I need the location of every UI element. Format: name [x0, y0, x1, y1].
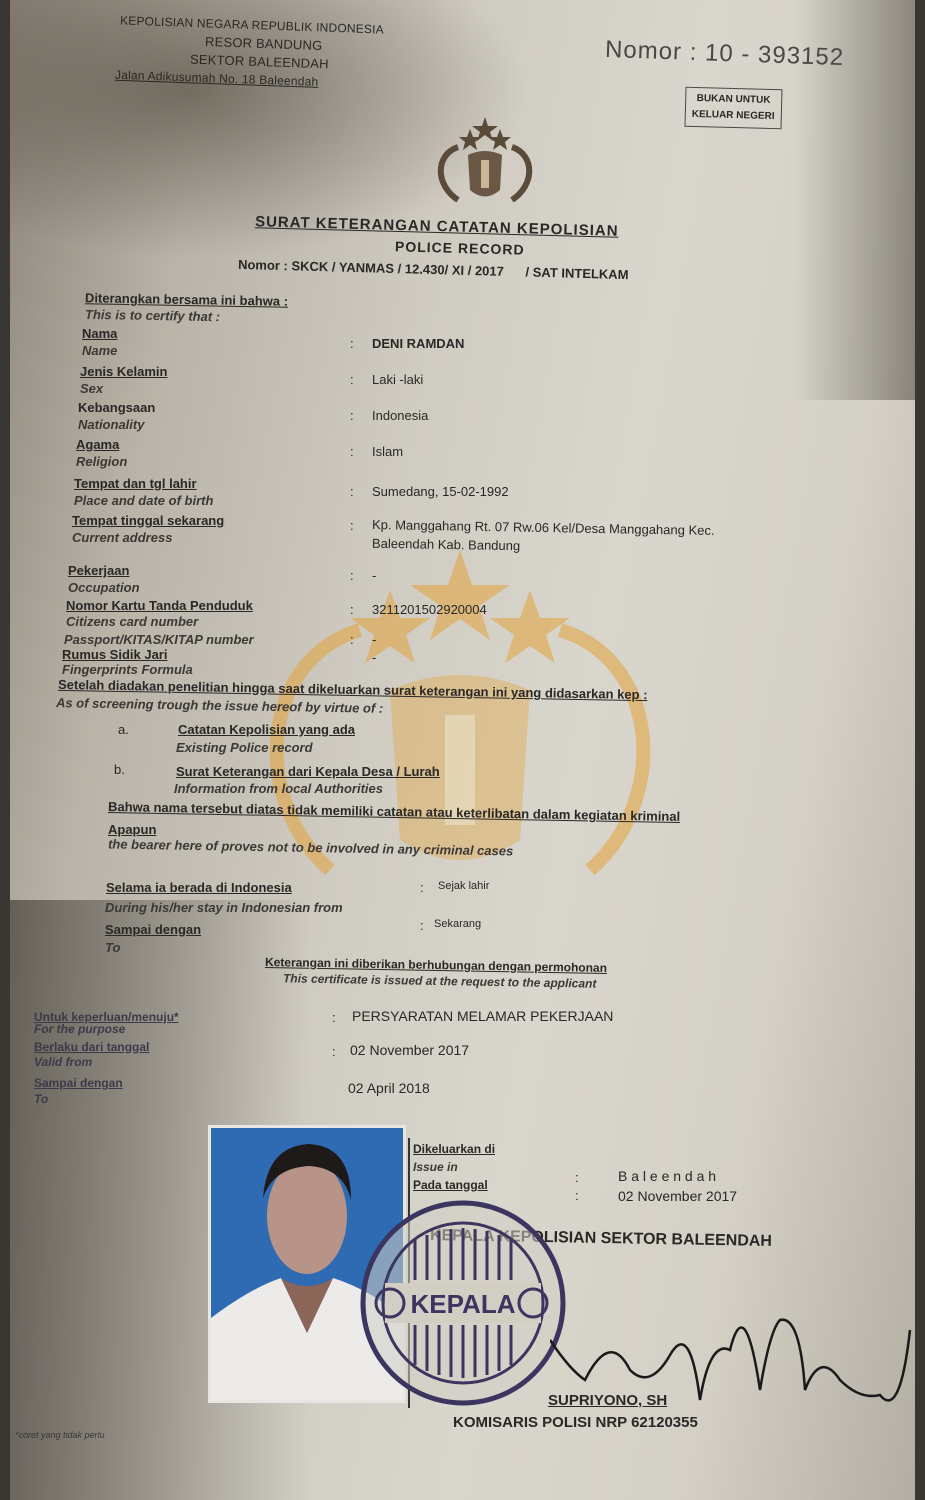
- signature: [550, 1310, 925, 1430]
- screening-item-b-id: Surat Keterangan dari Kepala Desa / Lura…: [176, 764, 440, 779]
- issued-in-id: Dikeluarkan di: [413, 1142, 495, 1156]
- restriction-line2: KELUAR NEGERI: [692, 107, 775, 125]
- colon: :: [575, 1170, 579, 1185]
- police-emblem-icon: [430, 115, 540, 210]
- screening-item-a-en: Existing Police record: [176, 740, 313, 755]
- intro-id: Diterangkan bersama ini bahwa :: [85, 290, 288, 309]
- signatory-rank: KOMISARIS POLISI NRP 62120355: [453, 1414, 698, 1431]
- agency-resort: RESOR BANDUNG: [205, 34, 323, 53]
- colon: :: [420, 918, 424, 933]
- screening-item-a-id: Catatan Kepolisian yang ada: [178, 722, 355, 737]
- valid-to-value: 02 April 2018: [348, 1080, 430, 1096]
- signatory-name: SUPRIYONO, SH: [548, 1392, 667, 1409]
- value-nationality: Indonesia: [372, 408, 428, 423]
- stay-to-en: To: [105, 940, 120, 955]
- value-birth: Sumedang, 15-02-1992: [372, 484, 509, 499]
- valid-to-id: Sampai dengan: [34, 1076, 123, 1090]
- issue-date-id: Pada tanggal: [413, 1178, 488, 1192]
- colon: :: [350, 632, 354, 647]
- value-address-line2: Baleendah Kab. Bandung: [372, 536, 520, 554]
- stay-from-en: During his/her stay in Indonesian from: [105, 900, 343, 915]
- colon: :: [332, 1044, 336, 1059]
- stay-to-value: Sekarang: [434, 918, 481, 930]
- footnote: *coret yang tidak perlu: [15, 1430, 105, 1440]
- restriction-box: BUKAN UNTUK KELUAR NEGERI: [684, 87, 782, 130]
- list-marker: a.: [118, 722, 129, 737]
- stay-from-value: Sejak lahir: [438, 880, 489, 892]
- colon: :: [350, 568, 354, 583]
- valid-from-value: 02 November 2017: [350, 1042, 469, 1058]
- value-religion: Islam: [372, 444, 403, 459]
- document-subtitle: POLICE RECORD: [395, 238, 525, 257]
- issue-date-value: 02 November 2017: [618, 1188, 737, 1204]
- intro-en: This is to certify that :: [85, 307, 220, 324]
- colon: :: [350, 518, 354, 533]
- reference-number: Nomor : SKCK / YANMAS / 12.430/ XI / 201…: [238, 257, 629, 282]
- colon: :: [420, 880, 424, 895]
- svg-text:KEPALA: KEPALA: [411, 1289, 516, 1319]
- valid-from-en: Valid from: [34, 1055, 92, 1069]
- agency-sector: SEKTOR BALEENDAH: [190, 52, 329, 72]
- value-name: DENI RAMDAN: [372, 336, 464, 351]
- issued-in-value: B a l e e n d a h: [618, 1168, 716, 1184]
- valid-to-en: To: [34, 1092, 48, 1106]
- stay-from-id: Selama ia berada di Indonesia: [106, 880, 292, 895]
- colon: :: [350, 602, 354, 617]
- purpose-en: For the purpose: [34, 1022, 125, 1036]
- issued-in-en: Issue in: [413, 1160, 458, 1174]
- statement-id-cont: Apapun: [108, 822, 156, 837]
- value-sex: Laki -laki: [372, 372, 423, 387]
- police-record-document: KEPOLISIAN NEGARA REPUBLIK INDONESIA RES…: [10, 0, 915, 1500]
- serial-number: Nomor : 10 - 393152: [605, 36, 845, 72]
- screening-item-b-en: Information from local Authorities: [174, 781, 383, 796]
- value-occupation: -: [372, 568, 376, 583]
- request-note-en: This certificate is issued at the reques…: [283, 971, 597, 990]
- value-id-card: 3211201502920004: [372, 602, 487, 617]
- value-fingerprint: -: [372, 650, 376, 665]
- colon: :: [332, 1010, 336, 1025]
- colon: :: [350, 484, 354, 499]
- colon: :: [575, 1188, 579, 1203]
- colon: :: [350, 408, 354, 423]
- colon: :: [350, 444, 354, 459]
- value-passport: -: [372, 632, 376, 647]
- value-address: Kp. Manggahang Rt. 07 Rw.06 Kel/Desa Man…: [372, 517, 715, 538]
- agency-name: KEPOLISIAN NEGARA REPUBLIK INDONESIA: [120, 13, 384, 36]
- official-stamp-icon: KEPALA: [355, 1195, 570, 1410]
- colon: :: [350, 336, 354, 351]
- document-title: SURAT KETERANGAN CATATAN KEPOLISIAN: [255, 213, 619, 240]
- valid-from-id: Berlaku dari tanggal: [34, 1040, 149, 1054]
- stay-to-id: Sampai dengan: [105, 922, 201, 937]
- purpose-value: PERSYARATAN MELAMAR PEKERJAAN: [352, 1008, 613, 1024]
- colon: :: [350, 372, 354, 387]
- list-marker: b.: [114, 762, 125, 777]
